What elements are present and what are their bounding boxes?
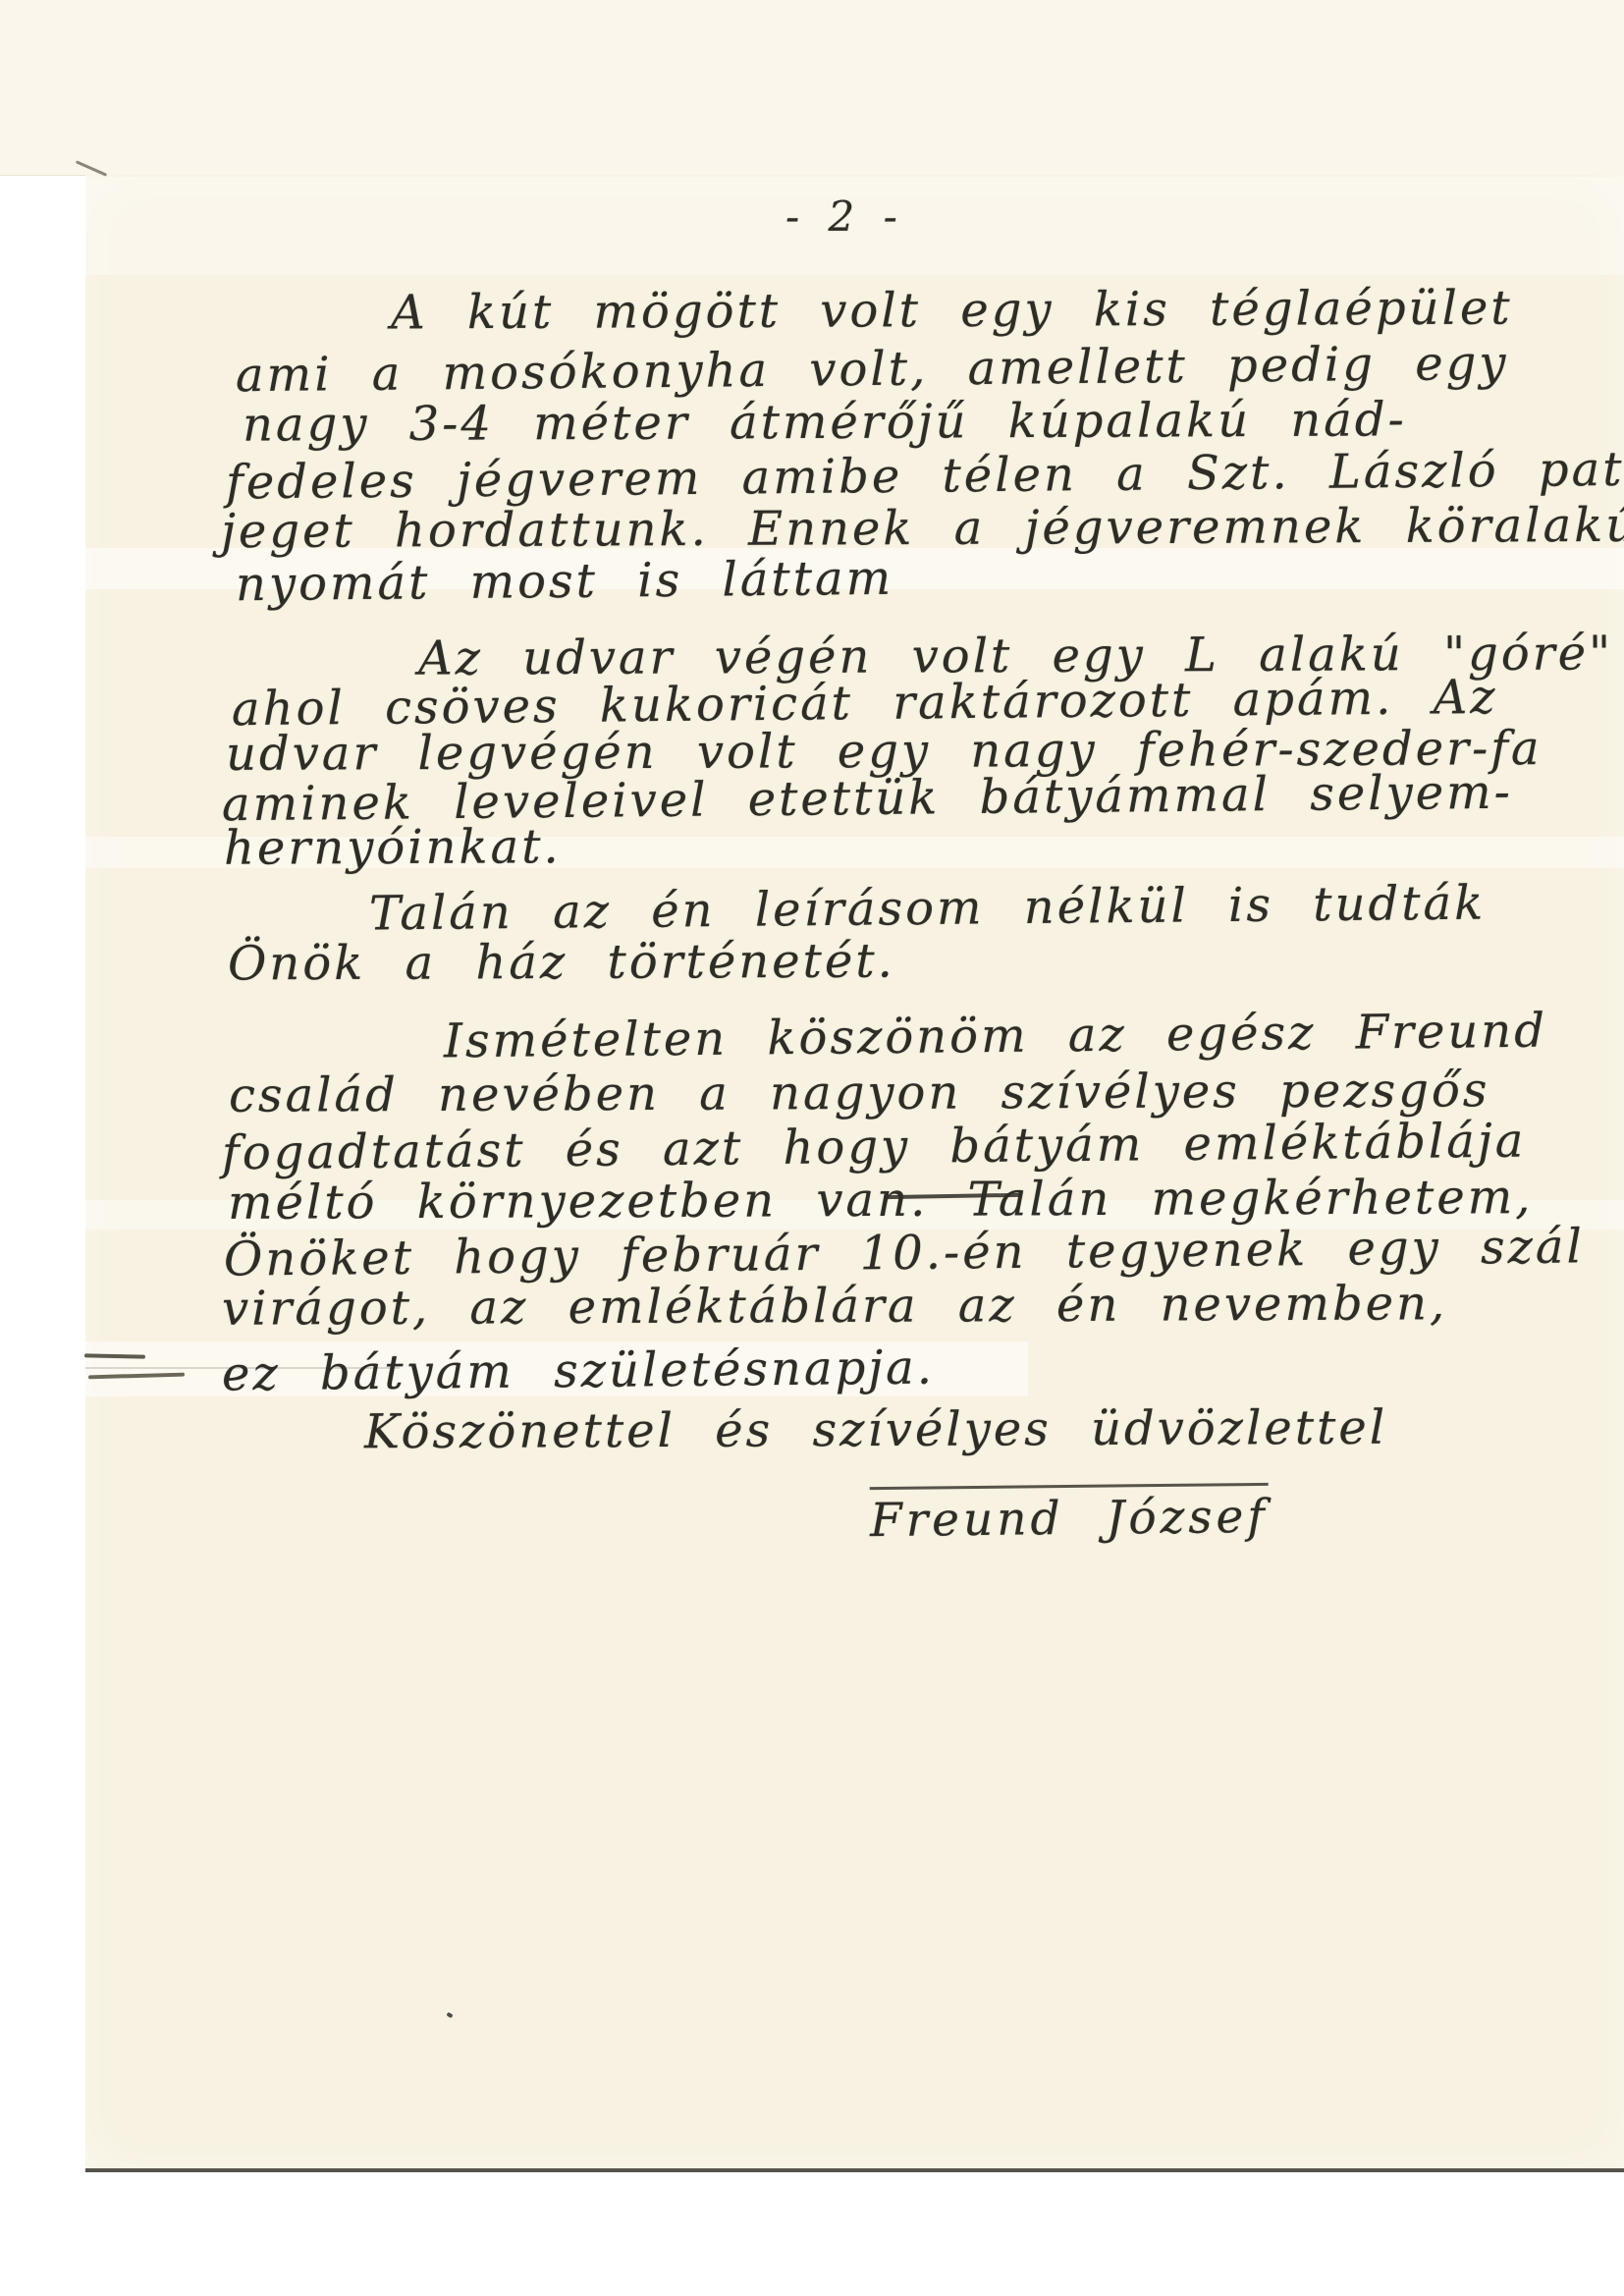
handwriting-line: nagy 3-4 méter átmérőjű kúpalakú nád-: [243, 392, 1407, 452]
handwriting-line: Ismételten köszönöm az egész Freund: [444, 1004, 1547, 1069]
page-number: - 2 -: [785, 192, 905, 241]
handwriting-line: család nevében a nagyon szívélyes pezsgő…: [229, 1063, 1490, 1123]
signature: Freund József: [870, 1483, 1269, 1548]
handwriting-line: A kút mögött volt egy kis téglaépület: [391, 281, 1513, 341]
handwriting-line: ez bátyám születésnapja.: [222, 1340, 936, 1402]
handwriting-line: hernyóinkat.: [224, 819, 562, 875]
handwriting-line: nyomát most is láttam: [236, 551, 894, 612]
handwriting-line: Talán az én leírásom nélkül is tudták: [369, 876, 1487, 942]
handwriting-line: Önök a ház történetét.: [228, 934, 895, 992]
handwriting-line: jeget hordattunk. Ennek a jégveremnek kö…: [221, 498, 1624, 559]
scanned-letter-page: - 2 - A kút mögött volt egy kis téglaépü…: [0, 0, 1624, 2296]
backing-sheet: [0, 0, 1624, 176]
handwriting-line: Köszönettel és szívélyes üdvözlettel: [364, 1400, 1387, 1460]
handwriting-line: virágot, az emléktáblára az én nevemben,: [222, 1276, 1447, 1336]
